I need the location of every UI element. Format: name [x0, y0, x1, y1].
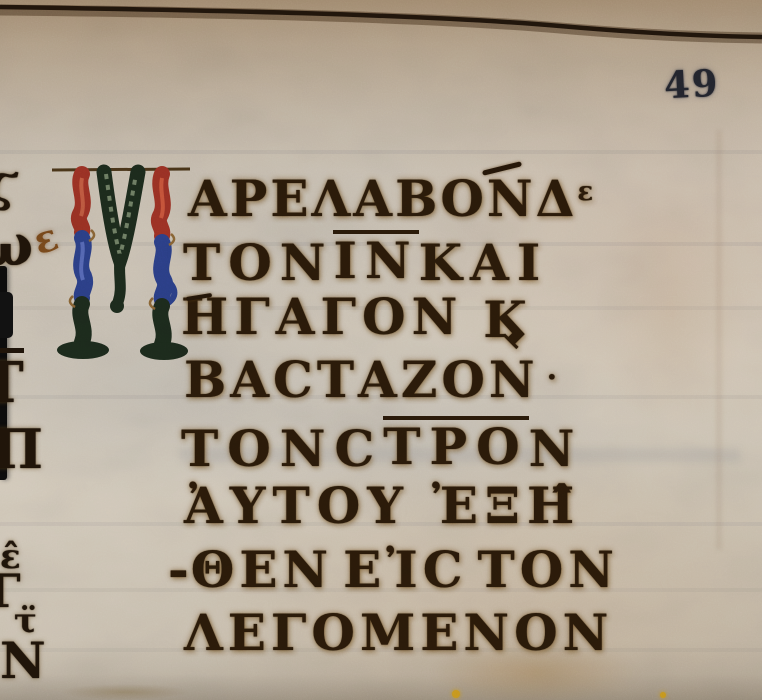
initial-middle-tail	[118, 259, 120, 302]
top-edge-shadow	[0, 10, 762, 38]
gold-speck	[660, 692, 666, 698]
text-line-4: ΒΑϹΤΑΖΟΝ·	[184, 355, 561, 405]
line3-kai-symbol: Ϗ	[483, 295, 532, 345]
initial-right-green-knot	[160, 306, 163, 344]
text-line-1: ΑΡΕΛΑΒΟΝΔε	[188, 174, 593, 224]
parchment-top-edge	[0, 0, 762, 70]
line7-eis: ΕἸϹ	[343, 540, 467, 599]
initial-middle-v	[104, 172, 138, 259]
stain-right	[596, 190, 746, 430]
line2-nomen-sacrum-in: ΙΝ	[333, 230, 418, 286]
text-line-2: ΤΟΝΙΝΚΑΙ	[183, 232, 548, 288]
initial-right-blue-hook	[164, 278, 174, 303]
line4-high-dot: ·	[547, 360, 561, 395]
line1-small-epsilon: ε	[577, 177, 593, 207]
initial-right-red-highlight	[161, 178, 163, 218]
decorated-initial-pi	[52, 156, 192, 362]
line6-autou: ἈΥΤΟΥ	[184, 476, 410, 535]
line7-then: ΘΕΝ	[191, 540, 333, 599]
line7-lead-dash: ‐	[168, 540, 189, 599]
initial-right-blue-knot	[161, 242, 165, 300]
initial-left-red-highlight	[81, 178, 83, 216]
vertical-crease	[716, 130, 722, 550]
initial-middle-highlight	[106, 174, 136, 255]
text-line-6: ἈΥΤΟΥἘΞΗ̂	[184, 481, 581, 531]
initial-tail-knot	[110, 299, 124, 313]
line1-word: ΑΡΕΛΑΒΟΝΔ	[188, 169, 577, 228]
line5-nu: Ν	[529, 419, 584, 478]
clipped-letter-stroke	[0, 292, 13, 338]
initial-left-blue-highlight	[81, 242, 83, 280]
text-line-7: ‐ΘΕΝΕἸϹΤΟΝ	[168, 545, 619, 595]
margin-glyph-brown-curl: ε	[29, 217, 63, 260]
line2-ton: ΤΟΝ	[183, 233, 333, 292]
line2-kai: ΚΑΙ	[419, 233, 549, 292]
crease-line	[0, 150, 762, 154]
manuscript-photo: 49 ΑΡΕΛΑΒΟΝΔε ΤΟΝΙΝΚΑΙ ΗΓΑΓΟΝϏ ΒΑϹΤΑΖΟΝ·…	[0, 0, 762, 700]
line7-ton: ΤΟΝ	[478, 540, 619, 599]
stain-bottom-left	[60, 684, 190, 700]
initial-left-foot	[57, 341, 109, 359]
initial-left-red-knot	[79, 174, 83, 232]
margin-glyph-nu: Ν	[0, 636, 46, 686]
initial-left-connectors	[70, 230, 94, 307]
margin-glyph-flourish: ϛ	[0, 155, 24, 211]
folio-number: 49	[663, 61, 721, 108]
initial-right-red-knot	[159, 174, 163, 236]
line5-tons: ΤΟΝϹ	[181, 419, 383, 478]
line3-egagon: ΗΓΑΓΟΝ	[181, 287, 463, 346]
margin-glyph-tau-overline: Τ	[0, 348, 24, 411]
line6-exe: ἘΞΗ̂	[432, 476, 581, 535]
line5-nomen-sacrum-stauron: ΤΡΟ	[383, 416, 528, 472]
gold-speck	[452, 690, 460, 698]
margin-glyph-pi: Π	[0, 422, 43, 476]
text-line-3: ΗΓΑΓΟΝϏ	[181, 292, 533, 342]
initial-left-green-knot	[80, 304, 83, 342]
text-line-5: ΤΟΝϹΤΡΟΝ	[181, 418, 583, 474]
initial-right-connectors	[150, 234, 174, 309]
line4-bastazon: ΒΑϹΤΑΖΟΝ	[184, 350, 539, 409]
line8-legomenon: ΛΕΓΟΜΕΝΟΝ	[184, 603, 613, 662]
initial-top-bar	[52, 169, 190, 170]
text-line-8: ΛΕΓΟΜΕΝΟΝ	[184, 608, 613, 658]
top-edge-line	[0, 7, 762, 37]
initial-left-blue-knot	[81, 238, 85, 298]
